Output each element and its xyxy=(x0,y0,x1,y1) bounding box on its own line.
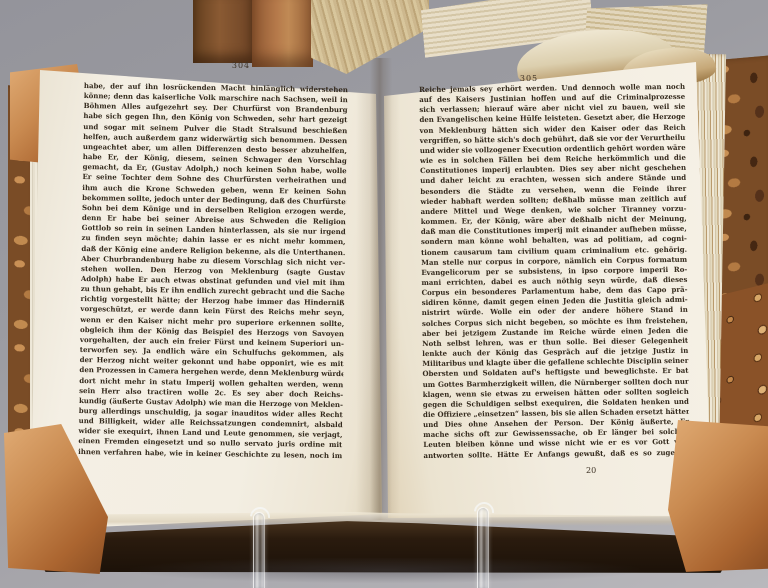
photo-scene: 304 305 habe, der auf ihn losrückenden M… xyxy=(0,0,768,588)
left-page-text: habe, der auf ihn losrückenden Macht hin… xyxy=(78,81,348,461)
background-book-spine-orange xyxy=(252,0,313,67)
background-book-spine-dark xyxy=(193,0,252,63)
cast-shadow xyxy=(40,558,730,588)
acrylic-stand-prong-right xyxy=(477,507,489,588)
page-number-right: 305 xyxy=(497,74,561,83)
acrylic-stand-prong-left xyxy=(253,512,265,588)
leather-corner-bottom-right xyxy=(668,420,768,575)
gutter-shadow xyxy=(370,58,392,520)
signature-mark: 20 xyxy=(586,466,596,475)
right-page-text: Reiche jemals sey erhört werden. Und den… xyxy=(419,82,690,461)
page-number-left: 304 xyxy=(209,61,273,70)
